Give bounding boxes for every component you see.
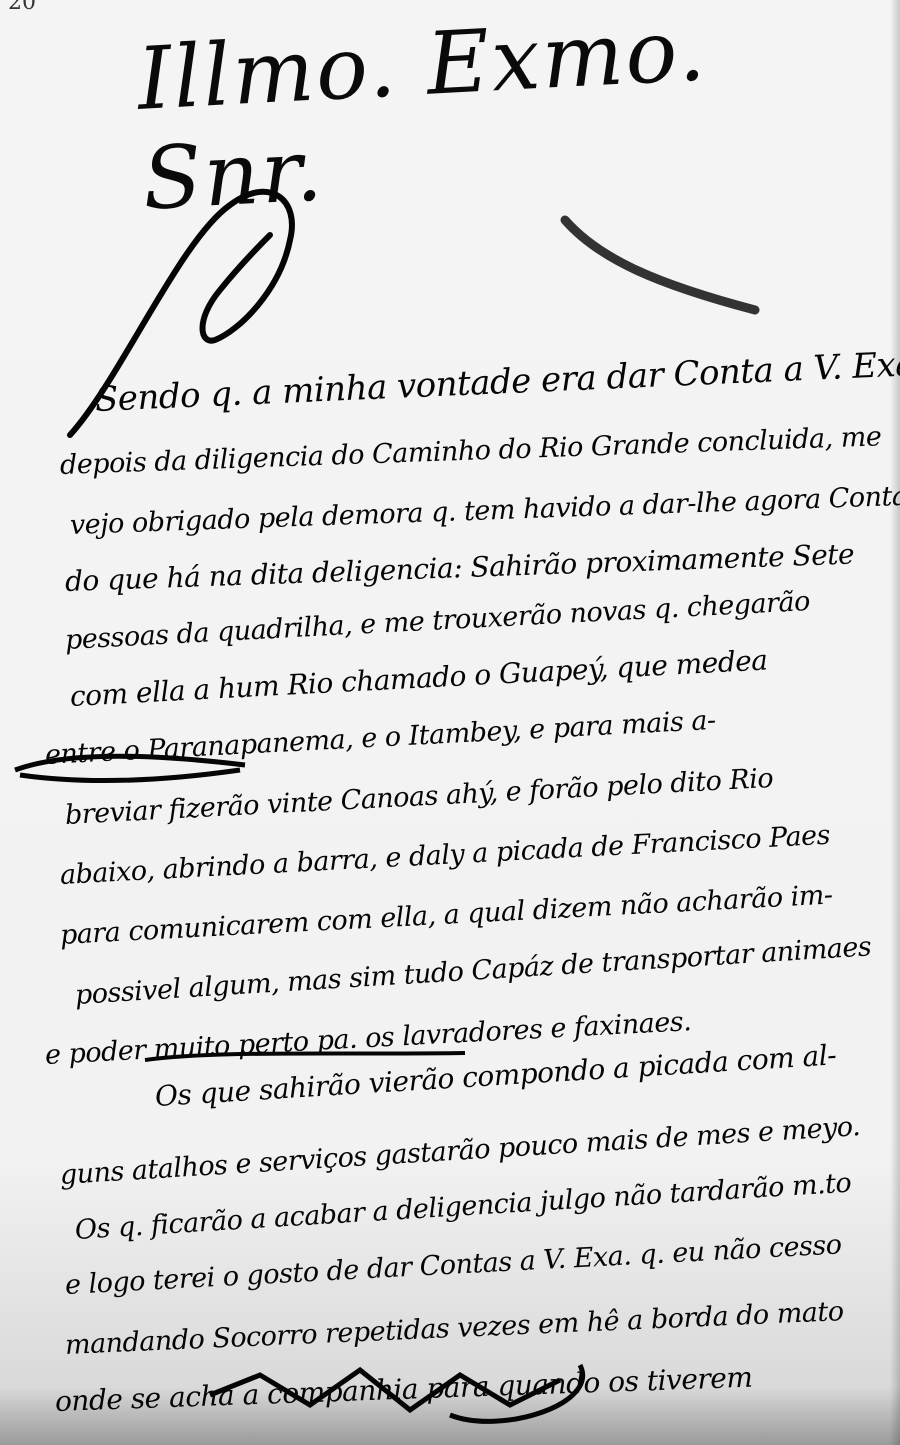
page-number-mark: 20 [8,0,36,15]
strike-through-scribble [140,1035,470,1075]
strike-through-scribble [10,745,250,795]
ink-flourish-stroke [560,215,760,315]
page-edge-shadow [890,0,900,1445]
strike-through-scribble [200,1345,600,1435]
